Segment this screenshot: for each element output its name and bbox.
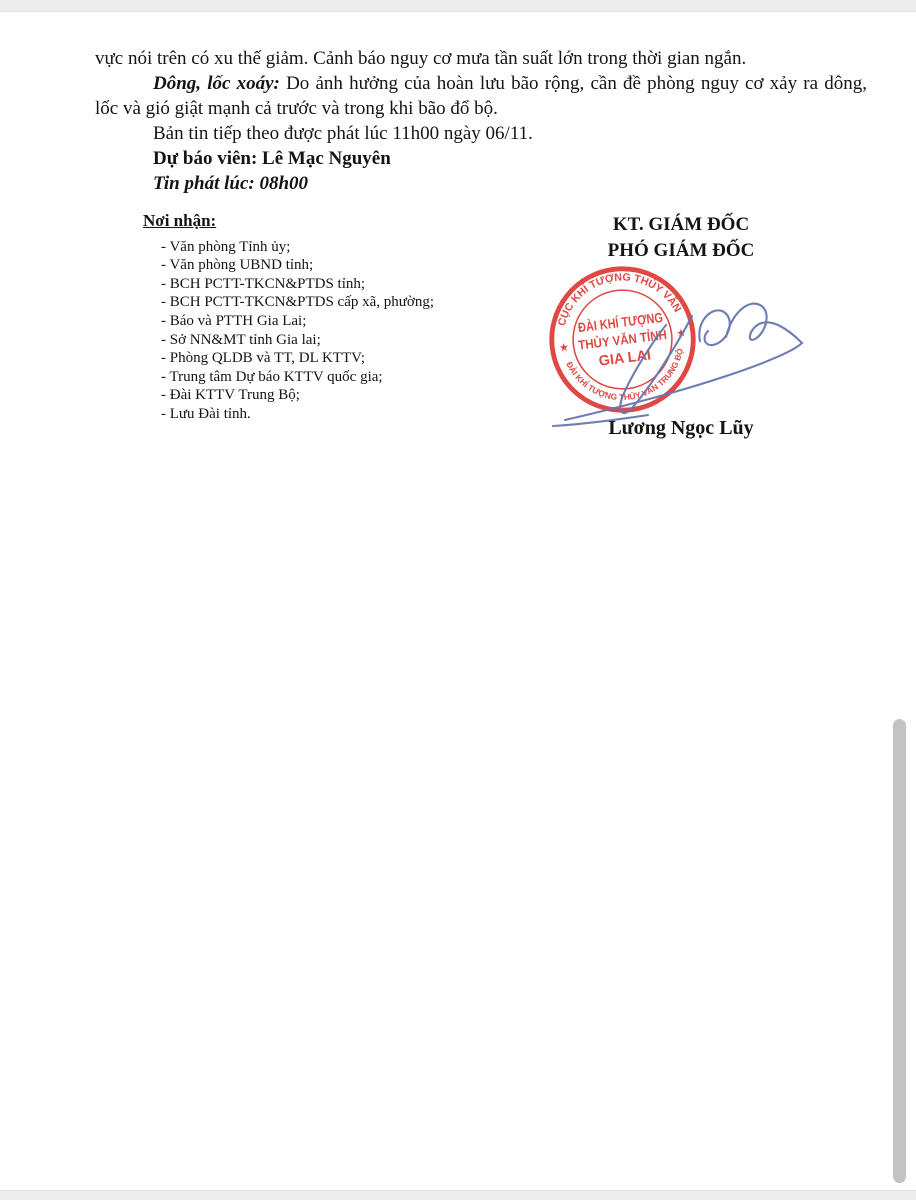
recipient-item: - Sở NN&MT tỉnh Gia lai; bbox=[143, 331, 434, 350]
recipient-item: - Văn phòng UBND tỉnh; bbox=[143, 256, 434, 275]
signer-name: Lương Ngọc Lũy bbox=[545, 417, 817, 440]
top-chrome-bar bbox=[0, 0, 916, 12]
recipient-item: - BCH PCTT-TKCN&PTDS tỉnh; bbox=[143, 275, 434, 294]
document-body-text: vực nói trên có xu thế giảm. Cảnh báo ng… bbox=[95, 46, 867, 196]
handwritten-signature bbox=[550, 293, 810, 433]
recipient-item: - Trung tâm Dự báo KTTV quốc gia; bbox=[143, 368, 434, 387]
issue-time-line: Tin phát lúc: 08h00 bbox=[95, 171, 867, 196]
paragraph-lead-label: Dông, lốc xoáy: bbox=[153, 73, 280, 94]
recipients-heading: Nơi nhận: bbox=[143, 212, 434, 231]
recipient-item: - Báo và PTTH Gia Lai; bbox=[143, 312, 434, 331]
recipient-item: - Lưu Đài tỉnh. bbox=[143, 405, 434, 424]
bottom-chrome-bar bbox=[0, 1190, 916, 1200]
paragraph-warning: vực nói trên có xu thế giảm. Cảnh báo ng… bbox=[95, 46, 867, 71]
signature-title-block: KT. GIÁM ĐỐC PHÓ GIÁM ĐỐC bbox=[545, 212, 817, 264]
paragraph-thunderstorm: Dông, lốc xoáy: Do ảnh hưởng của hoàn lư… bbox=[95, 71, 867, 121]
signature-title-line1: KT. GIÁM ĐỐC bbox=[545, 212, 817, 238]
signature-graphic bbox=[550, 293, 810, 433]
signature-title-line2: PHÓ GIÁM ĐỐC bbox=[545, 238, 817, 264]
document-viewer: vực nói trên có xu thế giảm. Cảnh báo ng… bbox=[0, 0, 916, 1200]
recipient-item: - Đài KTTV Trung Bộ; bbox=[143, 386, 434, 405]
recipient-item: - BCH PCTT-TKCN&PTDS cấp xã, phường; bbox=[143, 293, 434, 312]
recipient-item: - Phòng QLDB và TT, DL KTTV; bbox=[143, 349, 434, 368]
recipients-section: Nơi nhận: - Văn phòng Tỉnh ủy; - Văn phò… bbox=[143, 212, 434, 424]
forecaster-line: Dự báo viên: Lê Mạc Nguyên bbox=[95, 146, 867, 171]
paragraph-next-bulletin: Bản tin tiếp theo được phát lúc 11h00 ng… bbox=[95, 121, 867, 146]
recipient-item: - Văn phòng Tỉnh ủy; bbox=[143, 238, 434, 257]
scrollbar-thumb[interactable] bbox=[893, 719, 906, 1183]
